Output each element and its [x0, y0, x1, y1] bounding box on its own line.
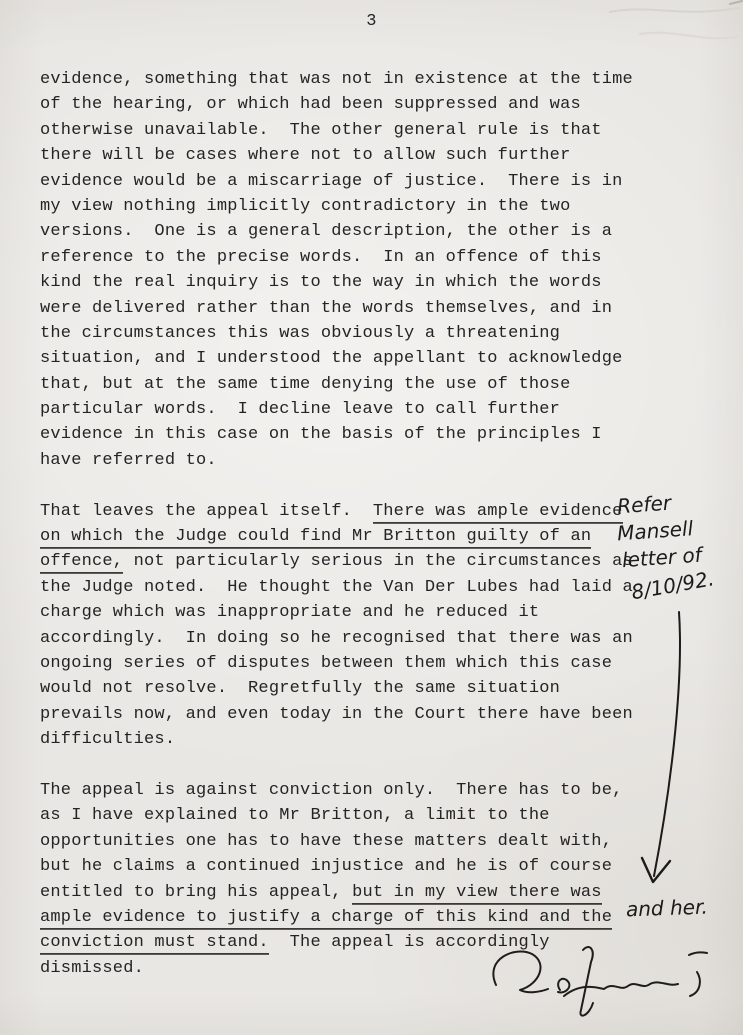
paper-crease-marks — [580, 0, 743, 70]
text-segment: but he claims a continued injustice and … — [40, 857, 612, 876]
text-segment: the Judge noted. He thought the Van Der … — [40, 578, 633, 597]
text-segment: there will be cases where not to allow s… — [40, 146, 571, 165]
text-segment: that, but at the same time denying the u… — [40, 375, 571, 394]
document-page: 3 evidence, something that was not in ex… — [0, 0, 743, 1035]
underlined-text: conviction must stand. — [40, 933, 269, 953]
underlined-text: There was ample evidence — [373, 502, 623, 522]
text-segment: entitled to bring his appeal, — [40, 883, 352, 902]
text-line: the circumstances this was obviously a t… — [40, 321, 680, 346]
text-line: entitled to bring his appeal, but in my … — [40, 880, 680, 905]
text-line: evidence, something that was not in exis… — [40, 67, 680, 92]
text-segment: dismissed. — [40, 959, 144, 978]
text-line: the Judge noted. He thought the Van Der … — [40, 575, 680, 600]
text-line: charge which was inappropriate and he re… — [40, 600, 680, 625]
text-segment: prevails now, and even today in the Cour… — [40, 705, 633, 724]
text-segment: particular words. I decline leave to cal… — [40, 400, 560, 419]
judge-signature — [468, 938, 718, 1030]
text-segment: ongoing series of disputes between them … — [40, 654, 612, 673]
text-segment: situation, and I understood the appellan… — [40, 349, 623, 368]
text-segment: as I have explained to Mr Britton, a lim… — [40, 806, 550, 825]
text-line: prevails now, and even today in the Cour… — [40, 702, 680, 727]
text-segment: kind the real inquiry is to the way in w… — [40, 273, 602, 292]
margin-note-handwritten: ReferMansellletter of8/10/92. — [616, 485, 743, 601]
text-line: evidence in this case on the basis of th… — [40, 422, 680, 447]
text-segment: evidence would be a miscarriage of justi… — [40, 172, 623, 191]
text-line: particular words. I decline leave to cal… — [40, 397, 680, 422]
text-line: were delivered rather than the words the… — [40, 296, 680, 321]
down-arrow-annotation — [635, 608, 705, 908]
underlined-text: on which the Judge could find Mr Britton… — [40, 527, 591, 547]
text-segment: opportunities one has to have these matt… — [40, 832, 612, 851]
text-line: there will be cases where not to allow s… — [40, 143, 680, 168]
document-body: evidence, something that was not in exis… — [40, 67, 680, 1006]
text-line: of the hearing, or which had been suppre… — [40, 92, 680, 117]
text-line: but he claims a continued injustice and … — [40, 854, 680, 879]
text-segment: evidence, something that was not in exis… — [40, 70, 633, 89]
text-line: That leaves the appeal itself. There was… — [40, 499, 680, 524]
text-line: otherwise unavailable. The other general… — [40, 118, 680, 143]
text-segment: versions. One is a general description, … — [40, 222, 612, 241]
text-line: kind the real inquiry is to the way in w… — [40, 270, 680, 295]
text-line: reference to the precise words. In an of… — [40, 245, 680, 270]
text-segment: not particularly serious in the circumst… — [123, 552, 633, 571]
text-line: offence, not particularly serious in the… — [40, 549, 680, 574]
text-line: situation, and I understood the appellan… — [40, 346, 680, 371]
underlined-text: offence, — [40, 552, 123, 572]
underlined-text: ample evidence to justify a charge of th… — [40, 908, 612, 928]
text-line: opportunities one has to have these matt… — [40, 829, 680, 854]
paragraph: evidence, something that was not in exis… — [40, 67, 680, 473]
text-segment: my view nothing implicitly contradictory… — [40, 197, 571, 216]
text-line: The appeal is against conviction only. T… — [40, 778, 680, 803]
text-line: accordingly. In doing so he recognised t… — [40, 626, 680, 651]
text-line: ongoing series of disputes between them … — [40, 651, 680, 676]
text-segment: That leaves the appeal itself. — [40, 502, 373, 521]
text-segment: would not resolve. Regretfully the same … — [40, 679, 560, 698]
text-segment: otherwise unavailable. The other general… — [40, 121, 602, 140]
paragraph: That leaves the appeal itself. There was… — [40, 499, 680, 753]
text-line: that, but at the same time denying the u… — [40, 372, 680, 397]
text-line: ample evidence to justify a charge of th… — [40, 905, 680, 930]
text-segment: difficulties. — [40, 730, 175, 749]
text-segment: charge which was inappropriate and he re… — [40, 603, 539, 622]
text-segment: were delivered rather than the words the… — [40, 299, 612, 318]
text-line: evidence would be a miscarriage of justi… — [40, 169, 680, 194]
margin-note-and-her: and her. — [626, 895, 709, 922]
text-line: as I have explained to Mr Britton, a lim… — [40, 803, 680, 828]
text-segment: reference to the precise words. In an of… — [40, 248, 602, 267]
text-segment: accordingly. In doing so he recognised t… — [40, 629, 633, 648]
text-line: would not resolve. Regretfully the same … — [40, 676, 680, 701]
text-line: on which the Judge could find Mr Britton… — [40, 524, 680, 549]
text-segment: of the hearing, or which had been suppre… — [40, 95, 581, 114]
underlined-text: but in my view there was — [352, 883, 602, 903]
text-segment: The appeal is against conviction only. T… — [40, 781, 623, 800]
text-segment: the circumstances this was obviously a t… — [40, 324, 560, 343]
text-line: my view nothing implicitly contradictory… — [40, 194, 680, 219]
text-segment: have referred to. — [40, 451, 217, 470]
text-line: difficulties. — [40, 727, 680, 752]
text-line: have referred to. — [40, 448, 680, 473]
text-line: versions. One is a general description, … — [40, 219, 680, 244]
text-segment: evidence in this case on the basis of th… — [40, 425, 602, 444]
